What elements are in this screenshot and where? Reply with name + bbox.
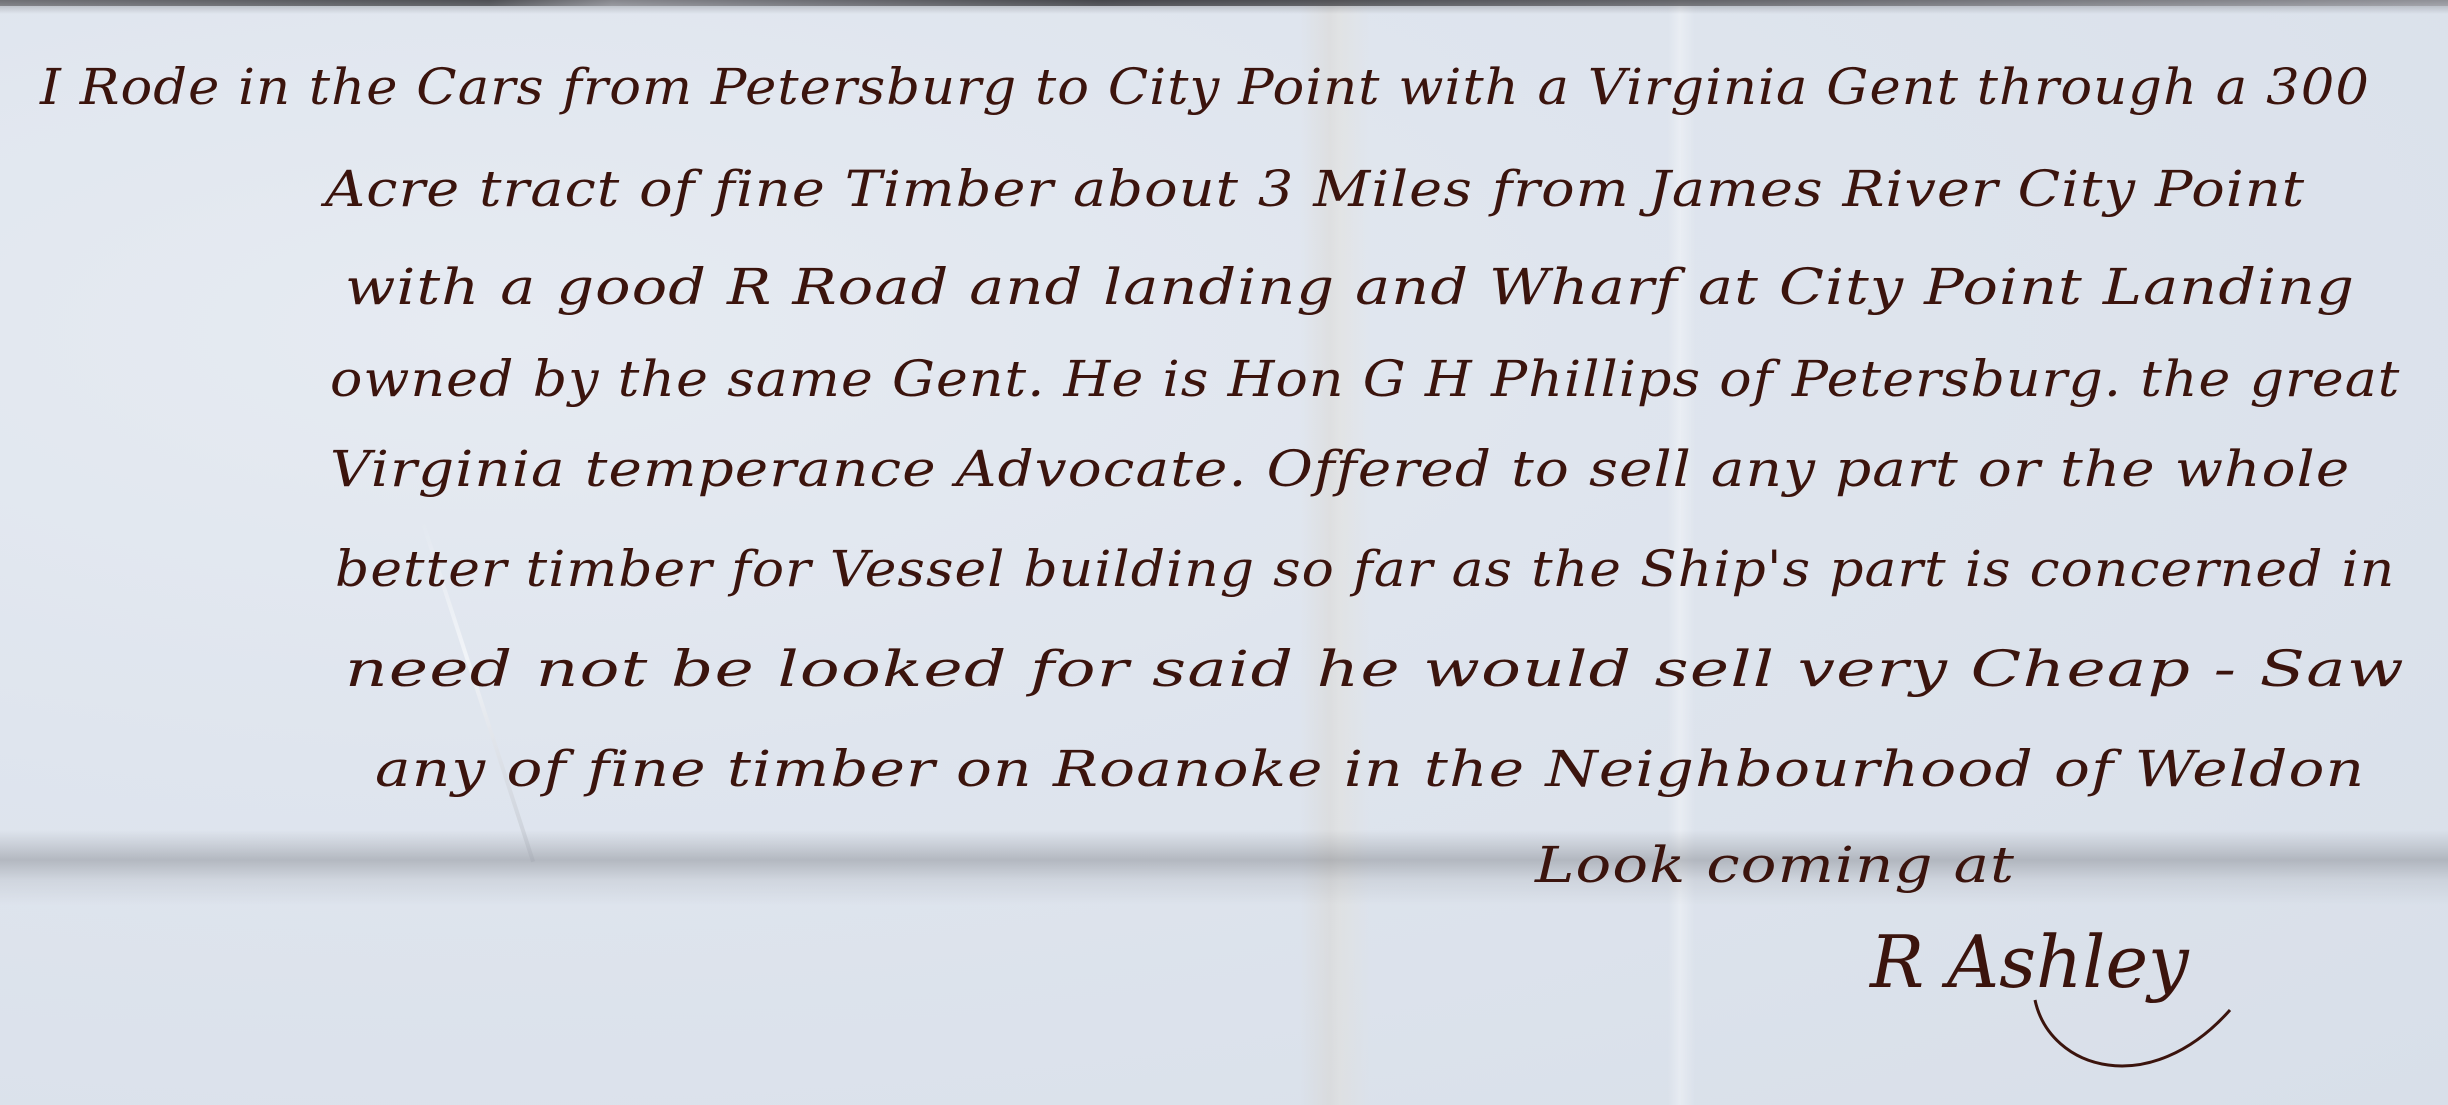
top-fold-shadow: [0, 0, 2448, 6]
letter-line-7: need not be looked for said he would sel…: [345, 640, 2405, 698]
letter-line-2: Acre tract of fine Timber about 3 Miles …: [325, 160, 2305, 218]
letter-line-4: owned by the same Gent. He is Hon G H Ph…: [330, 350, 2400, 408]
letter-line-8: any of fine timber on Roanoke in the Nei…: [375, 740, 2365, 798]
closing-line: Look coming at: [1535, 836, 2015, 894]
letter-line-5: Virginia temperance Advocate. Offered to…: [330, 440, 2350, 498]
letter-page: I Rode in the Cars from Petersburg to Ci…: [0, 0, 2448, 1105]
letter-line-6: better timber for Vessel building so far…: [335, 540, 2395, 598]
signature-flourish-icon: [2030, 990, 2250, 1090]
letter-line-1: I Rode in the Cars from Petersburg to Ci…: [40, 58, 2370, 116]
letter-line-3: with a good R Road and landing and Wharf…: [345, 258, 2355, 316]
